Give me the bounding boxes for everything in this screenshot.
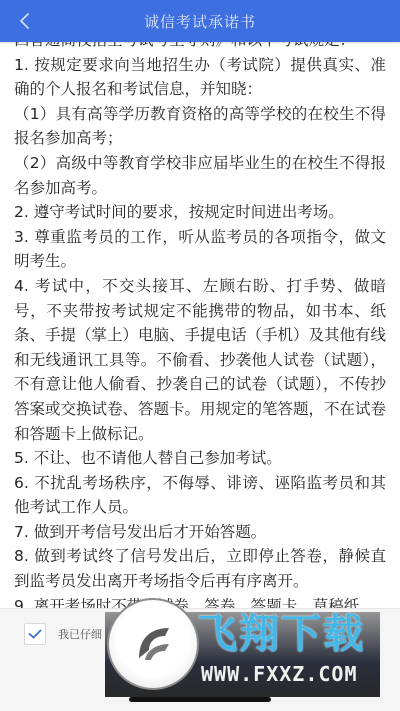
home-indicator	[129, 697, 271, 702]
pledge-paragraph: 3. 尊重监考员的工作，听从监考员的各项指令，做文明考生。	[14, 225, 386, 274]
agree-row[interactable]: 我已仔细	[24, 623, 102, 645]
pledge-content[interactable]: 西普通高校招生考试考生守则》和以下考试规定： 1. 按规定要求向当地招生办（考试…	[0, 42, 400, 608]
pledge-paragraph: 6. 不扰乱考场秩序，不侮辱、诽谤、诬陷监考员和其他考试工作人员。	[14, 471, 386, 520]
watermark-url: WWW.FXXZ.COM	[201, 662, 358, 686]
pledge-paragraph: 5. 不让、也不请他人替自己参加考试。	[14, 446, 386, 471]
back-button[interactable]	[12, 8, 38, 34]
screen: 诚信考试承诺书 西普通高校招生考试考生守则》和以下考试规定： 1. 按规定要求向…	[0, 0, 400, 711]
pledge-paragraph: （2）高级中等教育学校非应届毕业生的在校生不得报名参加高考。	[14, 151, 386, 200]
watermark-title: 飞翔下载	[197, 602, 365, 659]
pledge-paragraph: （1）具有高等学历教育资格的高等学校的在校生不得报名参加高考；	[14, 102, 386, 151]
agree-checkbox[interactable]	[24, 623, 46, 645]
watermark-overlay: 飞翔下载 WWW.FXXZ.COM	[105, 612, 380, 697]
pledge-paragraph: 1. 按规定要求向当地招生办（考试院）提供真实、准确的个人报名和考试信息，并知晓…	[14, 53, 386, 102]
pledge-paragraph: 7. 做到开考信号发出后才开始答题。	[14, 520, 386, 545]
header-bar: 诚信考试承诺书	[0, 0, 400, 42]
checkmark-icon	[28, 629, 42, 639]
page-title: 诚信考试承诺书	[144, 11, 256, 32]
pledge-paragraph: 2. 遵守考试时间的要求，按规定时间进出考场。	[14, 200, 386, 225]
agree-label: 我已仔细	[58, 626, 102, 642]
pledge-paragraph: 4. 考试中，不交头接耳、左顾右盼、打手势、做暗号，不夹带按考试规定不能携带的物…	[14, 274, 386, 446]
chevron-left-icon	[18, 11, 32, 31]
watermark-logo-icon	[107, 598, 199, 690]
pledge-paragraph: 西普通高校招生考试考生守则》和以下考试规定：	[14, 42, 386, 53]
pledge-paragraph: 8. 做到考试终了信号发出后，立即停止答卷，静候直到监考员发出离开考场指令后再有…	[14, 544, 386, 593]
